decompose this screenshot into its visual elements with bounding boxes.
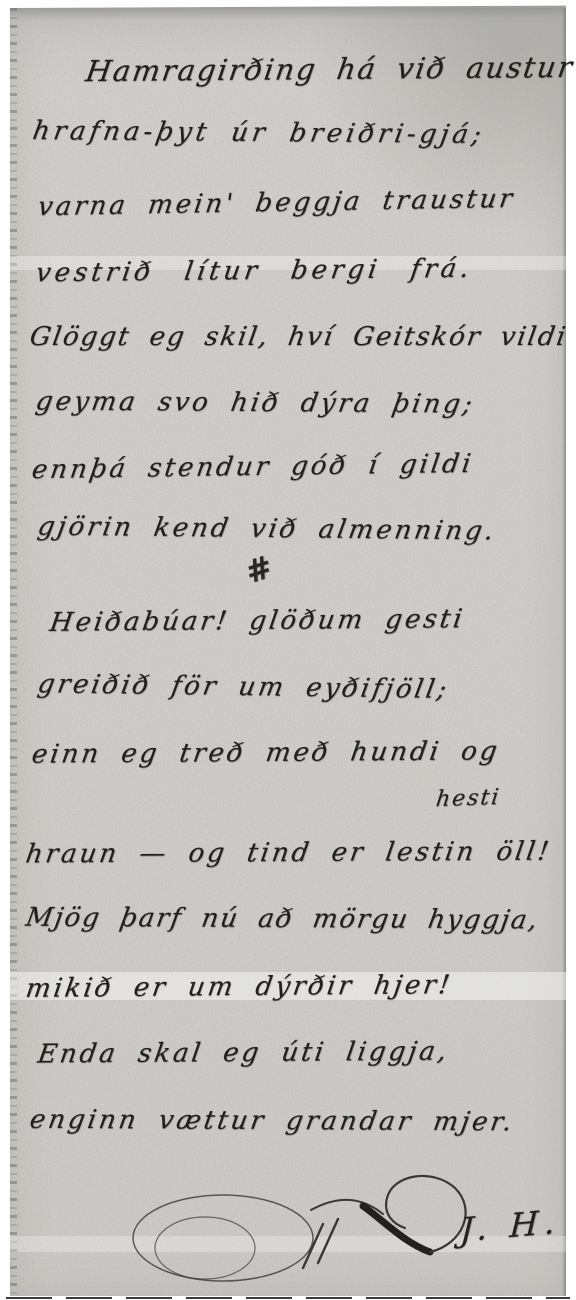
poem-line-text: hrafna-þyt úr breiðri-gjá; (31, 116, 488, 150)
poem-line-text: ennþá stendur góð í gildi (30, 449, 476, 485)
poem-line-text: hraun — og tind er lestin öll! (24, 837, 554, 870)
poem-line: einn eg treð með hundi og (32, 736, 500, 769)
poem-line-text: einn eg treð með hundi og (30, 736, 502, 769)
poem-line-text: enginn vættur grandar mjer. (28, 1105, 517, 1138)
poem-line: hrafna-þyt úr breiðri-gjá; (33, 116, 485, 150)
poem-line: Enda skal eg úti liggja, (38, 1037, 449, 1070)
poem-line: enginn vættur grandar mjer. (30, 1105, 515, 1138)
inserted-word-text: hesti (434, 785, 501, 812)
poem-line: vestrið lítur bergi frá. (36, 254, 473, 289)
poem-line-text: gjörin kend við almenning. (35, 512, 498, 547)
signature-flourish (125, 1172, 475, 1292)
poem-line-text: geyma svo hið dýra þing; (34, 386, 478, 419)
paper-left-torn-edge (10, 8, 17, 1296)
poem-line-text: Mjög þarf nú að mörgu hyggja, (24, 903, 542, 936)
scan-edge-line (6, 1297, 570, 1299)
poem-line: ennþá stendur góð í gildi (32, 449, 474, 485)
poem-line: hraun — og tind er lestin öll! (26, 837, 551, 870)
poem-line-text: Glöggt eg skil, hví Geitskór vildi (28, 322, 570, 352)
poem-line: mikið er um dýrðir hjer! (26, 970, 452, 1004)
poem-line-text: vestrið lítur bergi frá. (34, 254, 475, 289)
poem-line-text: greiðið för um eyðifjöll; (35, 669, 451, 705)
poem-line: geyma svo hið dýra þing; (36, 386, 475, 419)
poem-line: greiðið för um eyðifjöll; (38, 669, 449, 705)
poem-line: Hamragirðing há við austur (86, 50, 574, 88)
poem-line: Mjög þarf nú að mörgu hyggja, (26, 903, 539, 936)
scan-background: Hamragirðing há við austur hrafna-þyt úr… (0, 0, 576, 1300)
poem-line-text: mikið er um dýrðir hjer! (24, 970, 455, 1004)
poem-line-text: Enda skal eg úti liggja, (36, 1037, 452, 1070)
poem-line: Glöggt eg skil, hví Geitskór vildi (30, 322, 567, 352)
poem-line: Heiðabúar! glöðum gesti (50, 604, 465, 638)
poem-line: gjörin kend við almenning. (38, 512, 496, 547)
inserted-word: hesti (436, 785, 501, 812)
poem-line-text: Hamragirðing há við austur (83, 50, 576, 88)
poem-line-text: Heiðabúar! glöðum gesti (48, 604, 467, 638)
